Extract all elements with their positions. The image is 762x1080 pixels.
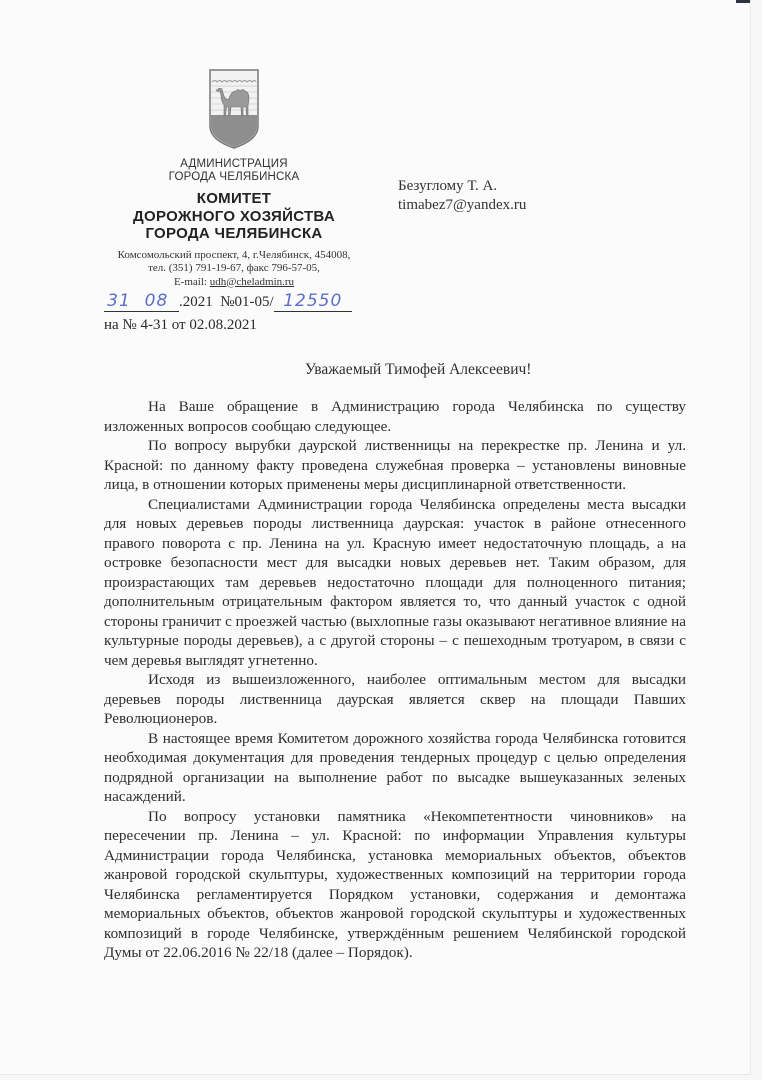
email-line: E-mail: udh@cheladmin.ru xyxy=(104,276,364,290)
address-line: Комсомольский проспект, 4, г.Челябинск, … xyxy=(104,249,364,263)
chelyabinsk-coat-of-arms-icon xyxy=(208,68,260,150)
address-block: Комсомольский проспект, 4, г.Челябинск, … xyxy=(104,249,364,290)
committee-line: ДОРОЖНОГО ХОЗЯЙСТВА xyxy=(104,208,364,226)
letter-body: На Ваше обращение в Администрацию города… xyxy=(104,397,686,963)
paragraph: Исходя из вышеизложенного, наиболее опти… xyxy=(104,670,686,729)
phone-line: тел. (351) 791-19-67, факс 796-57-05, xyxy=(104,262,364,276)
registration-line: 3108.2021 №01-05/12550 xyxy=(104,292,352,312)
paragraph: На Ваше обращение в Администрацию города… xyxy=(104,397,686,436)
handwritten-number: 12550 xyxy=(283,291,342,311)
recipient-block: Безуглому Т. А. timabez7@yandex.ru xyxy=(398,177,526,215)
reference-line: на № 4-31 от 02.08.2021 xyxy=(104,316,257,334)
date-day-field: 31 xyxy=(104,292,134,312)
administration-name: АДМИНИСТРАЦИЯ ГОРОДА ЧЕЛЯБИНСКА xyxy=(104,158,364,184)
date-year: .2021 xyxy=(179,294,213,310)
greeting: Уважаемый Тимофей Алексеевич! xyxy=(305,360,531,379)
committee-line: ГОРОДА ЧЕЛЯБИНСКА xyxy=(104,225,364,243)
scan-edge-mark xyxy=(736,0,750,3)
paragraph: В настоящее время Комитетом дорожного хо… xyxy=(104,729,686,807)
paragraph: По вопросу вырубки даурской лиственницы … xyxy=(104,436,686,495)
recipient-email: timabez7@yandex.ru xyxy=(398,196,526,215)
admin-line: ГОРОДА ЧЕЛЯБИНСКА xyxy=(104,171,364,184)
handwritten-day: 31 xyxy=(107,291,131,311)
letter-page: АДМИНИСТРАЦИЯ ГОРОДА ЧЕЛЯБИНСКА КОМИТЕТ … xyxy=(0,0,751,1075)
recipient-name: Безуглому Т. А. xyxy=(398,177,526,196)
date-month-field: 08 xyxy=(134,292,179,312)
committee-name: КОМИТЕТ ДОРОЖНОГО ХОЗЯЙСТВА ГОРОДА ЧЕЛЯБ… xyxy=(104,190,364,243)
paragraph: По вопросу установки памятника «Некомпет… xyxy=(104,807,686,963)
document-number-prefix: №01-05/ xyxy=(220,294,273,310)
email-label: E-mail: xyxy=(174,276,210,288)
email-link[interactable]: udh@cheladmin.ru xyxy=(210,276,294,288)
document-number-field: 12550 xyxy=(274,292,352,312)
committee-line: КОМИТЕТ xyxy=(104,190,364,208)
admin-line: АДМИНИСТРАЦИЯ xyxy=(104,158,364,171)
letterhead: АДМИНИСТРАЦИЯ ГОРОДА ЧЕЛЯБИНСКА КОМИТЕТ … xyxy=(104,68,364,289)
paragraph: Специалистами Администрации города Челяб… xyxy=(104,495,686,671)
handwritten-month: 08 xyxy=(145,291,169,311)
